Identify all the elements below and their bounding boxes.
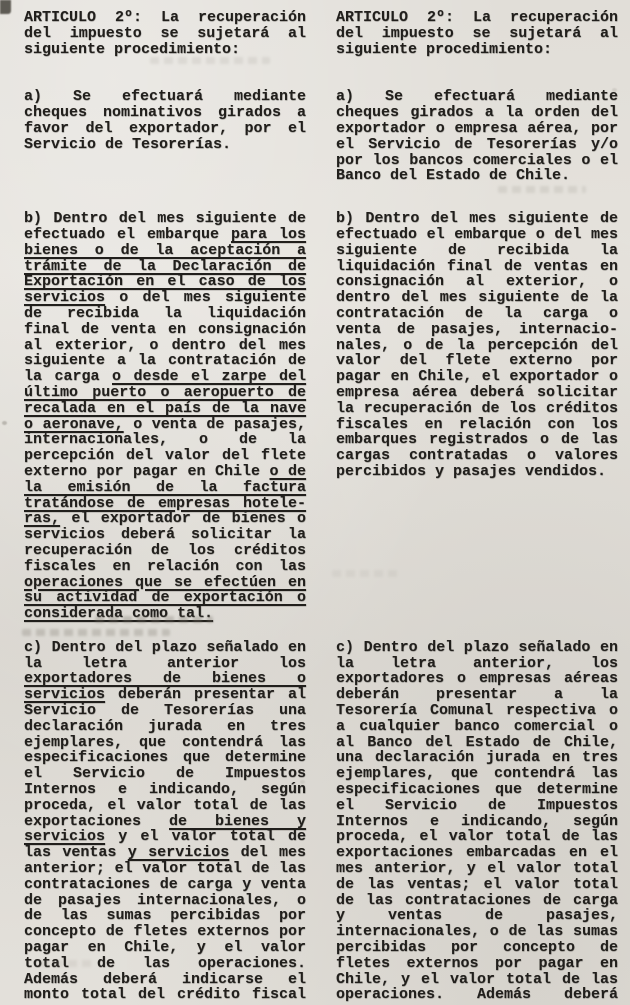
- text-run: las ventas: [24, 844, 128, 861]
- text-run: Banco del Estado de Chile.: [336, 167, 570, 184]
- text-run: b) Dentro del mes siguiente de: [336, 210, 618, 227]
- text-line: fletes externos por pagar en: [336, 956, 618, 972]
- text-run: valor del flete externo por: [336, 352, 618, 369]
- text-line: del impuesto se sujetará al: [336, 26, 618, 42]
- text-run: el exportador de bienes o: [60, 510, 306, 527]
- text-line: percepción del valor del flete: [24, 448, 306, 464]
- text-line: deberán presentar a la: [336, 687, 618, 703]
- text-line: fiscales en relación con los: [336, 417, 618, 433]
- underlined-text-run: para los: [231, 226, 306, 243]
- text-line: contrataciones de carga y venta: [24, 877, 306, 893]
- paragraph-item-a-right-version: a) Se efectuará mediantecheques girados …: [336, 89, 618, 184]
- text-line: siguiente de recibida la: [336, 243, 618, 259]
- underlined-text-run: su actividad de exportación o: [24, 589, 306, 606]
- text-line: a) Se efectuará mediante: [336, 89, 618, 105]
- underlined-text-run: Exportación en el caso de los: [24, 273, 306, 290]
- text-run: una declaración jurada en tres: [336, 749, 618, 766]
- text-run: contratación de la carga o: [336, 305, 618, 322]
- text-line: o aeronave, o venta de pasajes,: [24, 417, 306, 433]
- text-line: anterior; el valor total de las: [24, 861, 306, 877]
- text-line: ARTICULO 2º: La recuperación: [24, 10, 306, 26]
- text-run: monto total del crédito fiscal: [24, 986, 306, 1003]
- text-line: monto total del crédito fiscal: [24, 987, 306, 1003]
- text-run: de las contrataciones de carga: [336, 892, 618, 909]
- text-run: a) Se efectuará mediante: [24, 88, 306, 105]
- text-line: siguiente a la contratación de: [24, 353, 306, 369]
- scan-corner-mark: [0, 0, 11, 14]
- text-run: proceda, el valor total de las: [24, 797, 306, 814]
- text-line: pagar en Chile, y el valor: [24, 940, 306, 956]
- underlined-text-run: ras,: [24, 510, 60, 527]
- text-line: siguiente procedimiento:: [336, 42, 618, 58]
- text-run: especificaciones que determine: [336, 781, 618, 798]
- scanned-document: { "document": { "kind": "typewritten-sca…: [0, 0, 630, 1005]
- text-line: fiscales en relación con las: [24, 559, 306, 575]
- text-run: o del mes siguiente: [105, 289, 306, 306]
- text-run: de las ventas; el valor total: [336, 876, 618, 893]
- text-run: percibidas por concepto de: [336, 939, 618, 956]
- underlined-text-run: exportadores de bienes o: [24, 670, 306, 687]
- text-run: deberán presentar al: [105, 686, 306, 703]
- text-run: anterior; el valor total de las: [24, 860, 306, 877]
- underlined-text-run: o de: [270, 463, 307, 480]
- text-line: ARTICULO 2º: La recuperación: [336, 10, 618, 26]
- text-line: Internos e indicando, según: [24, 782, 306, 798]
- text-line: externo por pagar en Chile o de: [24, 464, 306, 480]
- text-run: exportadores o empresas aéreas: [336, 670, 618, 687]
- text-run: la letra anterior, los: [336, 655, 618, 672]
- text-run: internacionales, o de la: [24, 431, 306, 448]
- document-grid: ARTICULO 2º: La recuperacióndel impuesto…: [24, 10, 618, 1003]
- text-run: siguiente de recibida la: [336, 242, 618, 259]
- underlined-text-run: servicios: [24, 686, 105, 703]
- text-line: las ventas y servicios del mes: [24, 845, 306, 861]
- text-line: exportaciones embarcadas en el: [336, 845, 618, 861]
- text-line: efectuado el embarque o del mes: [336, 227, 618, 243]
- text-line: contratación de la carga o: [336, 306, 618, 322]
- underlined-text-run: de bienes y: [169, 813, 306, 830]
- underlined-text-run: o aeronave,: [24, 416, 124, 433]
- text-line: final de venta en consignación: [24, 322, 306, 338]
- text-line: b) Dentro del mes siguiente de: [336, 211, 618, 227]
- underlined-text-run: trámite de la Declaración de: [24, 258, 306, 275]
- text-line: favor del exportador, por el: [24, 121, 306, 137]
- scan-artifact: [2, 421, 7, 425]
- text-run: declaración jurada en tres: [24, 718, 306, 735]
- text-line: mes anterior, y el valor total: [336, 861, 618, 877]
- text-run: Servicio de Tesorerías.: [24, 136, 231, 153]
- underlined-text-run: servicios: [24, 828, 105, 845]
- text-run: cheques girados a la orden del: [336, 104, 618, 121]
- text-run: favor del exportador, por el: [24, 120, 306, 137]
- text-run: Servicio de Tesorerías una: [24, 702, 306, 719]
- underlined-text-run: bienes o de la aceptación a: [24, 242, 306, 259]
- text-run: fletes externos por pagar en: [336, 955, 618, 972]
- text-line: percibidas por concepto de: [336, 940, 618, 956]
- text-run: del impuesto se sujetará al: [24, 25, 306, 42]
- text-line: total de las operaciones.: [24, 956, 306, 972]
- text-line: servicios deberán presentar al: [24, 687, 306, 703]
- text-line: la letra anterior los: [24, 656, 306, 672]
- text-run: ARTICULO 2º: La recuperación: [24, 9, 306, 26]
- text-run: cargas contratadas o valores: [336, 447, 618, 464]
- text-line: especificaciones que determine: [24, 750, 306, 766]
- text-line: Internos e indicando, según: [336, 814, 618, 830]
- text-line: venta de pasajes, internacio-: [336, 322, 618, 338]
- text-line: proceda, el valor total de las: [336, 829, 618, 845]
- text-line: especificaciones que determine: [336, 782, 618, 798]
- text-line: Servicio de Tesorerías una: [24, 703, 306, 719]
- text-run: mes anterior, y el valor total: [336, 860, 618, 877]
- text-line: al Banco del Estado de Chile,: [336, 735, 618, 751]
- text-line: recalada en el país de la nave: [24, 401, 306, 417]
- underlined-text-run: recalada en el país de la nave: [24, 400, 306, 417]
- text-run: a cualquier banco comercial o: [336, 718, 618, 735]
- text-line: servicios deberá solicitar la: [24, 527, 306, 543]
- text-run: del mes: [229, 844, 306, 861]
- text-line: valor del flete externo por: [336, 353, 618, 369]
- text-line: último puerto o aeropuerto de: [24, 385, 306, 401]
- text-line: recuperación de los créditos: [24, 543, 306, 559]
- text-line: internacionales, o de las sumas: [336, 924, 618, 940]
- text-line: la carga o desde el zarpe del: [24, 369, 306, 385]
- text-run: proceda, el valor total de las: [336, 828, 618, 845]
- paragraph-item-c-right-version: c) Dentro del plazo señalado enla letra …: [336, 640, 618, 1003]
- text-line: servicios y el valor total de: [24, 829, 306, 845]
- text-run: del impuesto se sujetará al: [336, 25, 618, 42]
- text-line: exportadores o empresas aéreas: [336, 671, 618, 687]
- text-run: percibidos y pasajes vendidos.: [336, 463, 606, 480]
- text-run: o venta de pasajes,: [124, 416, 306, 433]
- text-line: cheques nominativos girados a: [24, 105, 306, 121]
- text-run: Tesorería Comunal respectiva o: [336, 702, 618, 719]
- text-run: siguiente a la contratación de: [24, 352, 306, 369]
- text-run: ARTICULO 2º: La recuperación: [336, 9, 618, 26]
- text-line: exportadores de bienes o: [24, 671, 306, 687]
- text-line: servicios o del mes siguiente: [24, 290, 306, 306]
- text-run: fiscales en relación con los: [336, 416, 618, 433]
- text-line: ejemplares, que contendrá las: [24, 735, 306, 751]
- underlined-text-run: considerada como tal.: [24, 605, 213, 622]
- text-run: de pasajes internacionales, o: [24, 892, 306, 909]
- text-run: de las sumas percibidas por: [24, 907, 306, 924]
- paragraph-item-b-left-version: b) Dentro del mes siguiente deefectuado …: [24, 211, 306, 622]
- text-run: b) Dentro del mes siguiente de: [24, 210, 306, 227]
- text-run: servicios deberá solicitar la: [24, 526, 306, 543]
- text-line: operaciones que se efectúen en: [24, 575, 306, 591]
- text-run: Chile, y el valor total de las: [336, 971, 618, 988]
- text-line: consignación al exterior, o: [336, 274, 618, 290]
- text-line: embarques registrados o de las: [336, 432, 618, 448]
- text-line: y ventas de pasajes,: [336, 908, 618, 924]
- text-line: b) Dentro del mes siguiente de: [24, 211, 306, 227]
- text-line: de las sumas percibidas por: [24, 908, 306, 924]
- text-line: bienes o de la aceptación a: [24, 243, 306, 259]
- text-run: exportador o empresa aérea, por: [336, 120, 618, 137]
- text-run: concepto de fletes externos por: [24, 923, 306, 940]
- text-run: consignación al exterior, o: [336, 273, 618, 290]
- text-run: efectuado el embarque o del mes: [336, 226, 618, 243]
- text-line: ras, el exportador de bienes o: [24, 511, 306, 527]
- text-line: el Servicio de Tesorerías y/o: [336, 137, 618, 153]
- text-line: Tesorería Comunal respectiva o: [336, 703, 618, 719]
- text-line: internacionales, o de la: [24, 432, 306, 448]
- text-run: c) Dentro del plazo señalado en: [336, 639, 618, 656]
- text-run: recuperación de los créditos: [24, 542, 306, 559]
- text-run: el Servicio de Tesorerías y/o: [336, 136, 618, 153]
- text-line: del impuesto se sujetará al: [24, 26, 306, 42]
- text-run: percepción del valor del flete: [24, 447, 306, 464]
- underlined-text-run: servicios: [24, 289, 105, 306]
- underlined-text-run: tratándose de empresas hotele-: [24, 495, 306, 512]
- text-run: c) Dentro del plazo señalado en: [24, 639, 306, 656]
- text-run: exportaciones: [24, 813, 169, 830]
- text-line: c) Dentro del plazo señalado en: [24, 640, 306, 656]
- text-run: total de las operaciones.: [24, 955, 306, 972]
- text-line: Banco del Estado de Chile.: [336, 168, 618, 184]
- text-run: efectuado el embarque: [24, 226, 231, 243]
- text-line: declaración jurada en tres: [24, 719, 306, 735]
- text-run: por los bancos comerciales o el: [336, 152, 618, 169]
- text-run: y el valor total de: [105, 828, 306, 845]
- text-line: la recuperación de los créditos: [336, 401, 618, 417]
- text-run: contrataciones de carga y venta: [24, 876, 306, 893]
- text-line: de recibida la liquidación: [24, 306, 306, 322]
- text-run: el Servicio de Impuestos: [336, 797, 618, 814]
- text-line: cargas contratadas o valores: [336, 448, 618, 464]
- text-run: final de venta en consignación: [24, 321, 306, 338]
- text-line: considerada como tal.: [24, 606, 306, 622]
- text-line: siguiente procedimiento:: [24, 42, 306, 58]
- text-run: Además deberá indicarse el: [24, 971, 306, 988]
- text-line: dentro del mes siguiente de la: [336, 290, 618, 306]
- text-line: Chile, y el valor total de las: [336, 972, 618, 988]
- text-run: el Servicio de Impuestos: [24, 765, 306, 782]
- text-line: empresa aérea deberá solicitar: [336, 385, 618, 401]
- text-line: trámite de la Declaración de: [24, 259, 306, 275]
- text-run: la letra anterior los: [24, 655, 306, 672]
- text-line: Además deberá indicarse el: [24, 972, 306, 988]
- text-line: por los bancos comerciales o el: [336, 153, 618, 169]
- underlined-text-run: operaciones que se efectúen en: [24, 574, 306, 591]
- text-line: percibidos y pasajes vendidos.: [336, 464, 618, 480]
- text-run: especificaciones que determine: [24, 749, 306, 766]
- text-run: internacionales, o de las sumas: [336, 923, 618, 940]
- text-line: de las ventas; el valor total: [336, 877, 618, 893]
- text-line: tratándose de empresas hotele-: [24, 496, 306, 512]
- text-line: el Servicio de Impuestos: [24, 766, 306, 782]
- underlined-text-run: último puerto o aeropuerto de: [24, 384, 306, 401]
- text-line: proceda, el valor total de las: [24, 798, 306, 814]
- text-run: externo por pagar en Chile: [24, 463, 270, 480]
- text-line: liquidación final de ventas en: [336, 259, 618, 275]
- text-run: siguiente procedimiento:: [24, 41, 240, 58]
- text-run: la carga: [24, 368, 112, 385]
- text-line: de las contrataciones de carga: [336, 893, 618, 909]
- text-line: pagar en Chile, el exportador o: [336, 369, 618, 385]
- text-line: exportaciones de bienes y: [24, 814, 306, 830]
- text-run: dentro del mes siguiente de la: [336, 289, 618, 306]
- text-run: Internos e indicando, según: [24, 781, 306, 798]
- text-line: Exportación en el caso de los: [24, 274, 306, 290]
- text-line: cheques girados a la orden del: [336, 105, 618, 121]
- text-line: al exterior, o dentro del mes: [24, 338, 306, 354]
- text-run: a) Se efectuará mediante: [336, 88, 618, 105]
- text-line: una declaración jurada en tres: [336, 750, 618, 766]
- text-run: de recibida la liquidación: [24, 305, 306, 322]
- text-line: a) Se efectuará mediante: [24, 89, 306, 105]
- paragraph-heading-left-version: ARTICULO 2º: La recuperacióndel impuesto…: [24, 10, 306, 57]
- paragraph-item-a-left-version: a) Se efectuará mediantecheques nominati…: [24, 89, 306, 184]
- underlined-text-run: y servicios: [128, 844, 229, 861]
- text-line: a cualquier banco comercial o: [336, 719, 618, 735]
- paragraph-heading-right-version: ARTICULO 2º: La recuperacióndel impuesto…: [336, 10, 618, 57]
- text-line: Servicio de Tesorerías.: [24, 137, 306, 153]
- underlined-text-run: la emisión de la factura: [24, 479, 306, 496]
- text-run: ejemplares, que contendrá las: [336, 765, 618, 782]
- text-run: al exterior, o dentro del mes: [24, 337, 306, 354]
- text-line: de pasajes internacionales, o: [24, 893, 306, 909]
- text-line: su actividad de exportación o: [24, 590, 306, 606]
- paragraph-item-c-left-version: c) Dentro del plazo señalado enla letra …: [24, 640, 306, 1003]
- text-run: la recuperación de los créditos: [336, 400, 618, 417]
- text-run: y ventas de pasajes,: [336, 907, 618, 924]
- paragraph-item-b-right-version: b) Dentro del mes siguiente deefectuado …: [336, 211, 618, 622]
- text-run: exportaciones embarcadas en el: [336, 844, 618, 861]
- text-run: deberán presentar a la: [336, 686, 618, 703]
- text-run: cheques nominativos girados a: [24, 104, 306, 121]
- text-line: el Servicio de Impuestos: [336, 798, 618, 814]
- text-run: al Banco del Estado de Chile,: [336, 734, 618, 751]
- text-run: pagar en Chile, el exportador o: [336, 368, 618, 385]
- text-line: efectuado el embarque para los: [24, 227, 306, 243]
- text-line: exportador o empresa aérea, por: [336, 121, 618, 137]
- document-page: ARTICULO 2º: La recuperacióndel impuesto…: [0, 0, 630, 1005]
- text-line: operaciones. Además deberá: [336, 987, 618, 1003]
- text-run: fiscales en relación con las: [24, 558, 306, 575]
- text-run: Internos e indicando, según: [336, 813, 618, 830]
- text-run: operaciones. Además deberá: [336, 986, 618, 1003]
- text-run: venta de pasajes, internacio-: [336, 321, 618, 338]
- text-line: la emisión de la factura: [24, 480, 306, 496]
- text-line: c) Dentro del plazo señalado en: [336, 640, 618, 656]
- text-line: la letra anterior, los: [336, 656, 618, 672]
- text-line: nales, o de la percepción del: [336, 338, 618, 354]
- underlined-text-run: o desde el zarpe del: [112, 368, 306, 385]
- text-run: pagar en Chile, y el valor: [24, 939, 306, 956]
- text-run: siguiente procedimiento:: [336, 41, 552, 58]
- text-run: empresa aérea deberá solicitar: [336, 384, 618, 401]
- text-run: nales, o de la percepción del: [336, 337, 618, 354]
- text-line: ejemplares, que contendrá las: [336, 766, 618, 782]
- text-run: liquidación final de ventas en: [336, 258, 618, 275]
- text-line: concepto de fletes externos por: [24, 924, 306, 940]
- text-run: embarques registrados o de las: [336, 431, 618, 448]
- text-run: ejemplares, que contendrá las: [24, 734, 306, 751]
